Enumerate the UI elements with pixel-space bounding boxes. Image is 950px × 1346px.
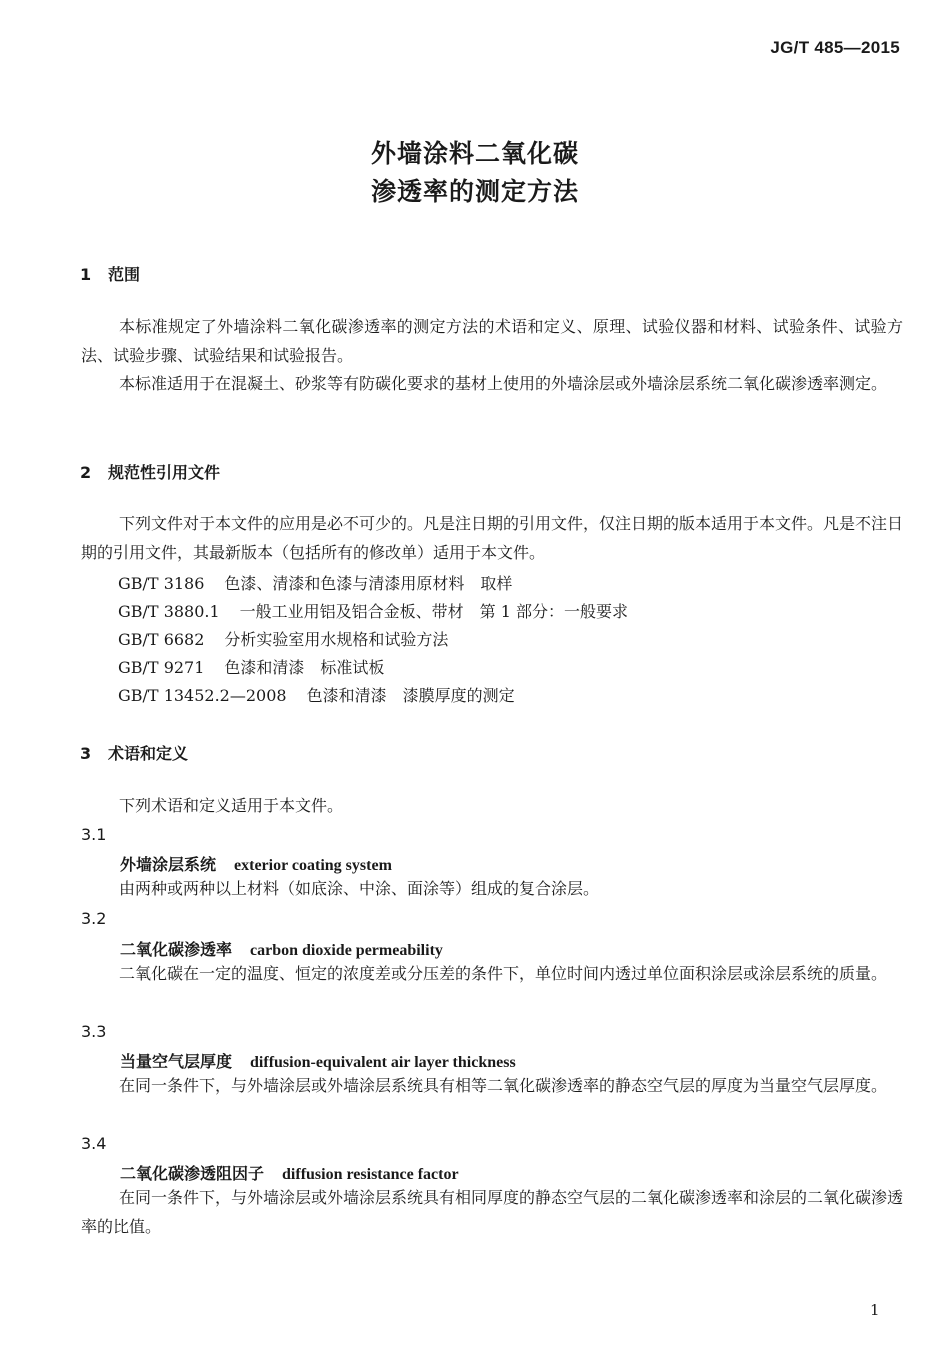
term-name-zh: 外墙涂层系统 <box>120 855 216 874</box>
reference-code: GB/T 9271 <box>118 658 204 677</box>
term-name: 二氧化碳渗透阻因子diffusion resistance factor <box>120 1161 459 1184</box>
section-1-heading: 1范围 <box>80 262 140 285</box>
section-2-heading: 2规范性引用文件 <box>80 460 220 483</box>
reference-item: GB/T 9271色漆和清漆 标准试板 <box>118 655 384 678</box>
section-3-heading: 3术语和定义 <box>80 741 188 764</box>
section-title: 规范性引用文件 <box>108 463 220 482</box>
term-name-zh: 二氧化碳渗透率 <box>120 940 232 959</box>
reference-title: 色漆和清漆 标准试板 <box>224 658 384 677</box>
reference-item: GB/T 6682分析实验室用水规格和试验方法 <box>118 627 448 650</box>
section-number: 3 <box>80 744 108 763</box>
reference-title: 色漆、清漆和色漆与清漆用原材料 取样 <box>224 574 512 593</box>
reference-item: GB/T 3880.1一般工业用铝及铝合金板、带材 第 1 部分：一般要求 <box>118 599 628 622</box>
section-title: 范围 <box>108 265 140 284</box>
reference-code: GB/T 6682 <box>118 630 204 649</box>
section-number: 2 <box>80 463 108 482</box>
term-name-en: diffusion-equivalent air layer thickness <box>250 1054 516 1071</box>
scope-paragraph-1: 本标准规定了外墙涂料二氧化碳渗透率的测定方法的术语和定义、原理、试验仪器和材料、… <box>81 313 903 370</box>
page-number: 1 <box>870 1301 880 1319</box>
section-title: 术语和定义 <box>108 744 188 763</box>
scope-paragraph-2: 本标准适用于在混凝土、砂浆等有防碳化要求的基材上使用的外墙涂层或外墙涂层系统二氧… <box>81 370 903 399</box>
reference-title: 一般工业用铝及铝合金板、带材 第 1 部分：一般要求 <box>240 602 628 621</box>
term-number: 3.4 <box>81 1134 106 1153</box>
term-name: 当量空气层厚度diffusion-equivalent air layer th… <box>120 1049 516 1072</box>
term-definition: 二氧化碳在一定的温度、恒定的浓度差或分压差的条件下，单位时间内透过单位面积涂层或… <box>81 960 903 989</box>
term-number: 3.1 <box>81 825 106 844</box>
term-name: 外墙涂层系统exterior coating system <box>120 852 392 875</box>
reference-code: GB/T 3880.1 <box>118 602 220 621</box>
reference-item: GB/T 3186色漆、清漆和色漆与清漆用原材料 取样 <box>118 571 512 594</box>
reference-title: 分析实验室用水规格和试验方法 <box>224 630 448 649</box>
document-title-line-1: 外墙涂料二氧化碳 <box>0 134 950 170</box>
term-number: 3.3 <box>81 1022 106 1041</box>
section-number: 1 <box>80 265 108 284</box>
reference-item: GB/T 13452.2—2008色漆和清漆 漆膜厚度的测定 <box>118 683 515 706</box>
term-name-zh: 当量空气层厚度 <box>120 1052 232 1071</box>
reference-code: GB/T 13452.2—2008 <box>118 686 287 705</box>
term-name-en: carbon dioxide permeability <box>250 942 443 959</box>
term-name-en: exterior coating system <box>234 857 392 874</box>
normative-intro-paragraph: 下列文件对于本文件的应用是必不可少的。凡是注日期的引用文件，仅注日期的版本适用于… <box>81 510 903 567</box>
reference-title: 色漆和清漆 漆膜厚度的测定 <box>307 686 515 705</box>
term-definition: 在同一条件下，与外墙涂层或外墙涂层系统具有相同厚度的静态空气层的二氧化碳渗透率和… <box>81 1184 903 1241</box>
term-name-zh: 二氧化碳渗透阻因子 <box>120 1164 264 1183</box>
document-title-line-2: 渗透率的测定方法 <box>0 172 950 208</box>
term-definition: 在同一条件下，与外墙涂层或外墙涂层系统具有相等二氧化碳渗透率的静态空气层的厚度为… <box>81 1072 903 1101</box>
term-number: 3.2 <box>81 909 106 928</box>
reference-code: GB/T 3186 <box>118 574 204 593</box>
standard-code: JG/T 485—2015 <box>770 38 900 58</box>
term-name: 二氧化碳渗透率carbon dioxide permeability <box>120 937 443 960</box>
term-definition: 由两种或两种以上材料（如底涂、中涂、面涂等）组成的复合涂层。 <box>81 875 903 904</box>
terms-intro-paragraph: 下列术语和定义适用于本文件。 <box>81 792 903 821</box>
term-name-en: diffusion resistance factor <box>282 1166 459 1183</box>
